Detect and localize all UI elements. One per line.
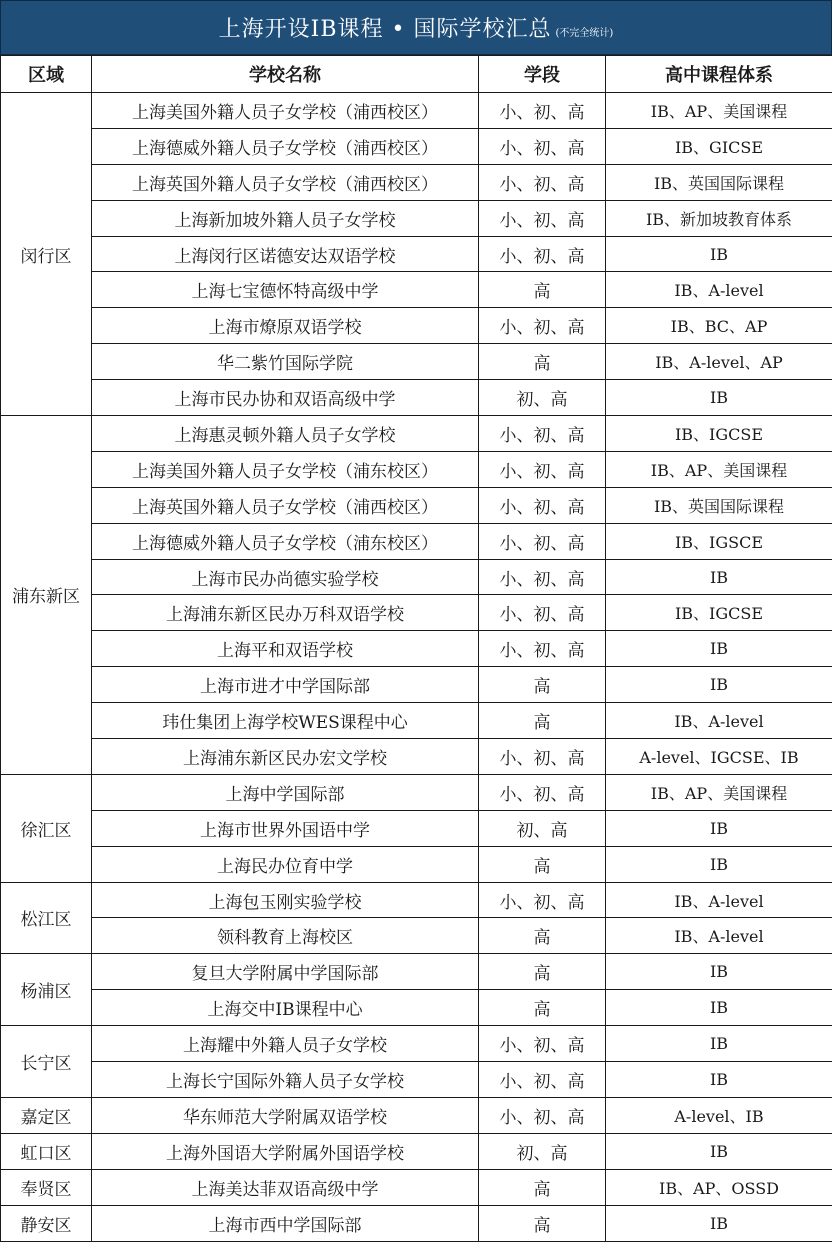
- region-cell: 虹口区: [1, 1133, 92, 1169]
- table-row: 上海德威外籍人员子女学校（浦西校区）小、初、高IB、GICSE: [1, 128, 832, 164]
- stage-cell: 小、初、高: [479, 559, 606, 595]
- table-row: 上海浦东新区民办万科双语学校小、初、高IB、IGCSE: [1, 595, 832, 631]
- curriculum-cell: IB: [606, 1062, 832, 1098]
- school-name-cell: 上海浦东新区民办宏文学校: [92, 739, 479, 775]
- curriculum-cell: IB、A-level: [606, 703, 832, 739]
- school-name-cell: 上海市进才中学国际部: [92, 667, 479, 703]
- stage-cell: 小、初、高: [479, 882, 606, 918]
- region-cell: 静安区: [1, 1205, 92, 1241]
- stage-cell: 小、初、高: [479, 487, 606, 523]
- school-name-cell: 上海交中IB课程中心: [92, 990, 479, 1026]
- table-row: 闵行区上海美国外籍人员子女学校（浦西校区）小、初、高IB、AP、美国课程: [1, 93, 832, 129]
- region-cell: 奉贤区: [1, 1169, 92, 1205]
- curriculum-cell: IB: [606, 990, 832, 1026]
- curriculum-cell: IB: [606, 1133, 832, 1169]
- curriculum-cell: IB: [606, 810, 832, 846]
- stage-cell: 高: [479, 990, 606, 1026]
- table-row: 长宁区上海耀中外籍人员子女学校小、初、高IB: [1, 1026, 832, 1062]
- curriculum-cell: IB、A-level: [606, 272, 832, 308]
- school-name-cell: 上海市民办尚德实验学校: [92, 559, 479, 595]
- table-row: 上海交中IB课程中心高IB: [1, 990, 832, 1026]
- table-row: 上海市进才中学国际部高IB: [1, 667, 832, 703]
- curriculum-cell: IB、A-level: [606, 918, 832, 954]
- stage-cell: 小、初、高: [479, 1097, 606, 1133]
- school-name-cell: 上海民办位育中学: [92, 846, 479, 882]
- table-row: 徐汇区上海中学国际部小、初、高IB、AP、美国课程: [1, 774, 832, 810]
- table-row: 上海德威外籍人员子女学校（浦东校区）小、初、高IB、IGSCE: [1, 523, 832, 559]
- table-row: 上海浦东新区民办宏文学校小、初、高A-level、IGCSE、IB: [1, 739, 832, 775]
- curriculum-cell: IB: [606, 1205, 832, 1241]
- stage-cell: 高: [479, 703, 606, 739]
- table-row: 上海长宁国际外籍人员子女学校小、初、高IB: [1, 1062, 832, 1098]
- table-row: 虹口区上海外国语大学附属外国语学校初、高IB: [1, 1133, 832, 1169]
- region-cell: 长宁区: [1, 1026, 92, 1098]
- table-row: 杨浦区复旦大学附属中学国际部高IB: [1, 954, 832, 990]
- stage-cell: 小、初、高: [479, 236, 606, 272]
- school-name-cell: 上海中学国际部: [92, 774, 479, 810]
- table-body: 闵行区上海美国外籍人员子女学校（浦西校区）小、初、高IB、AP、美国课程上海德威…: [1, 93, 832, 1242]
- school-name-cell: 上海浦东新区民办万科双语学校: [92, 595, 479, 631]
- school-name-cell: 华二紫竹国际学院: [92, 344, 479, 380]
- curriculum-cell: IB: [606, 631, 832, 667]
- stage-cell: 小、初、高: [479, 1062, 606, 1098]
- stage-cell: 高: [479, 667, 606, 703]
- stage-cell: 小、初、高: [479, 631, 606, 667]
- table-row: 上海市燎原双语学校小、初、高IB、BC、AP: [1, 308, 832, 344]
- curriculum-cell: A-level、IB: [606, 1097, 832, 1133]
- region-cell: 嘉定区: [1, 1097, 92, 1133]
- stage-cell: 小、初、高: [479, 739, 606, 775]
- stage-cell: 初、高: [479, 380, 606, 416]
- stage-cell: 高: [479, 272, 606, 308]
- school-name-cell: 上海平和双语学校: [92, 631, 479, 667]
- school-name-cell: 上海英国外籍人员子女学校（浦西校区）: [92, 164, 479, 200]
- curriculum-cell: IB: [606, 1026, 832, 1062]
- table-row: 上海英国外籍人员子女学校（浦西校区）小、初、高IB、英国国际课程: [1, 487, 832, 523]
- table-row: 上海美国外籍人员子女学校（浦东校区）小、初、高IB、AP、美国课程: [1, 451, 832, 487]
- table-row: 浦东新区上海惠灵顿外籍人员子女学校小、初、高IB、IGCSE: [1, 416, 832, 452]
- school-name-cell: 上海德威外籍人员子女学校（浦西校区）: [92, 128, 479, 164]
- school-name-cell: 上海市西中学国际部: [92, 1205, 479, 1241]
- curriculum-cell: IB、AP、美国课程: [606, 774, 832, 810]
- curriculum-cell: IB、IGCSE: [606, 595, 832, 631]
- school-name-cell: 上海美达菲双语高级中学: [92, 1169, 479, 1205]
- stage-cell: 小、初、高: [479, 164, 606, 200]
- stage-cell: 高: [479, 954, 606, 990]
- table-row: 上海市民办协和双语高级中学初、高IB: [1, 380, 832, 416]
- curriculum-cell: IB、BC、AP: [606, 308, 832, 344]
- table-row: 静安区上海市西中学国际部高IB: [1, 1205, 832, 1241]
- header-stage: 学段: [479, 56, 606, 93]
- curriculum-cell: IB: [606, 954, 832, 990]
- table-row: 嘉定区华东师范大学附属双语学校小、初、高A-level、IB: [1, 1097, 832, 1133]
- curriculum-cell: IB: [606, 380, 832, 416]
- curriculum-cell: A-level、IGCSE、IB: [606, 739, 832, 775]
- stage-cell: 小、初、高: [479, 774, 606, 810]
- school-name-cell: 上海长宁国际外籍人员子女学校: [92, 1062, 479, 1098]
- table-row: 上海市民办尚德实验学校小、初、高IB: [1, 559, 832, 595]
- stage-cell: 小、初、高: [479, 416, 606, 452]
- school-name-cell: 上海外国语大学附属外国语学校: [92, 1133, 479, 1169]
- table-row: 松江区上海包玉刚实验学校小、初、高IB、A-level: [1, 882, 832, 918]
- curriculum-cell: IB、英国国际课程: [606, 487, 832, 523]
- curriculum-cell: IB、英国国际课程: [606, 164, 832, 200]
- table-row: 奉贤区上海美达菲双语高级中学高IB、AP、OSSD: [1, 1169, 832, 1205]
- school-name-cell: 上海美国外籍人员子女学校（浦东校区）: [92, 451, 479, 487]
- header-curriculum: 高中课程体系: [606, 56, 832, 93]
- school-name-cell: 上海市民办协和双语高级中学: [92, 380, 479, 416]
- curriculum-cell: IB: [606, 559, 832, 595]
- header-row: 区域 学校名称 学段 高中课程体系: [1, 56, 832, 93]
- curriculum-cell: IB、IGSCE: [606, 523, 832, 559]
- school-name-cell: 上海闵行区诺德安达双语学校: [92, 236, 479, 272]
- stage-cell: 初、高: [479, 1133, 606, 1169]
- page-title: 上海开设IB课程 • 国际学校汇总: [219, 12, 552, 43]
- stage-cell: 初、高: [479, 810, 606, 846]
- school-name-cell: 上海美国外籍人员子女学校（浦西校区）: [92, 93, 479, 129]
- school-name-cell: 上海新加坡外籍人员子女学校: [92, 200, 479, 236]
- header-region: 区域: [1, 56, 92, 93]
- curriculum-cell: IB、AP、美国课程: [606, 93, 832, 129]
- curriculum-cell: IB、A-level: [606, 882, 832, 918]
- table-row: 上海新加坡外籍人员子女学校小、初、高IB、新加坡教育体系: [1, 200, 832, 236]
- region-cell: 杨浦区: [1, 954, 92, 1026]
- table-row: 上海平和双语学校小、初、高IB: [1, 631, 832, 667]
- stage-cell: 小、初、高: [479, 451, 606, 487]
- stage-cell: 小、初、高: [479, 595, 606, 631]
- table-row: 上海英国外籍人员子女学校（浦西校区）小、初、高IB、英国国际课程: [1, 164, 832, 200]
- stage-cell: 小、初、高: [479, 308, 606, 344]
- table-row: 上海闵行区诺德安达双语学校小、初、高IB: [1, 236, 832, 272]
- stage-cell: 高: [479, 344, 606, 380]
- curriculum-cell: IB: [606, 846, 832, 882]
- region-cell: 浦东新区: [1, 416, 92, 775]
- region-cell: 闵行区: [1, 93, 92, 416]
- school-name-cell: 领科教育上海校区: [92, 918, 479, 954]
- curriculum-cell: IB、AP、OSSD: [606, 1169, 832, 1205]
- header-school-name: 学校名称: [92, 56, 479, 93]
- stage-cell: 高: [479, 1169, 606, 1205]
- stage-cell: 小、初、高: [479, 523, 606, 559]
- region-cell: 松江区: [1, 882, 92, 954]
- curriculum-cell: IB、GICSE: [606, 128, 832, 164]
- table-row: 玮仕集团上海学校WES课程中心高IB、A-level: [1, 703, 832, 739]
- stage-cell: 小、初、高: [479, 128, 606, 164]
- stage-cell: 高: [479, 918, 606, 954]
- title-note: (不完全统计): [556, 24, 614, 39]
- school-name-cell: 上海市燎原双语学校: [92, 308, 479, 344]
- school-name-cell: 复旦大学附属中学国际部: [92, 954, 479, 990]
- school-name-cell: 上海市世界外国语中学: [92, 810, 479, 846]
- schools-table: 区域 学校名称 学段 高中课程体系 闵行区上海美国外籍人员子女学校（浦西校区）小…: [0, 55, 832, 1242]
- school-name-cell: 上海包玉刚实验学校: [92, 882, 479, 918]
- stage-cell: 高: [479, 1205, 606, 1241]
- table-row: 领科教育上海校区高IB、A-level: [1, 918, 832, 954]
- school-name-cell: 上海德威外籍人员子女学校（浦东校区）: [92, 523, 479, 559]
- curriculum-cell: IB: [606, 236, 832, 272]
- school-name-cell: 华东师范大学附属双语学校: [92, 1097, 479, 1133]
- curriculum-cell: IB、IGCSE: [606, 416, 832, 452]
- curriculum-cell: IB、新加坡教育体系: [606, 200, 832, 236]
- curriculum-cell: IB、A-level、AP: [606, 344, 832, 380]
- stage-cell: 小、初、高: [479, 200, 606, 236]
- table-row: 上海民办位育中学高IB: [1, 846, 832, 882]
- school-name-cell: 上海耀中外籍人员子女学校: [92, 1026, 479, 1062]
- school-name-cell: 上海英国外籍人员子女学校（浦西校区）: [92, 487, 479, 523]
- stage-cell: 小、初、高: [479, 93, 606, 129]
- curriculum-cell: IB: [606, 667, 832, 703]
- curriculum-cell: IB、AP、美国课程: [606, 451, 832, 487]
- school-name-cell: 上海惠灵顿外籍人员子女学校: [92, 416, 479, 452]
- table-row: 华二紫竹国际学院高IB、A-level、AP: [1, 344, 832, 380]
- title-bar: 上海开设IB课程 • 国际学校汇总 (不完全统计): [0, 0, 832, 55]
- school-name-cell: 玮仕集团上海学校WES课程中心: [92, 703, 479, 739]
- table-row: 上海市世界外国语中学初、高IB: [1, 810, 832, 846]
- region-cell: 徐汇区: [1, 774, 92, 882]
- stage-cell: 小、初、高: [479, 1026, 606, 1062]
- stage-cell: 高: [479, 846, 606, 882]
- school-name-cell: 上海七宝德怀特高级中学: [92, 272, 479, 308]
- table-row: 上海七宝德怀特高级中学高IB、A-level: [1, 272, 832, 308]
